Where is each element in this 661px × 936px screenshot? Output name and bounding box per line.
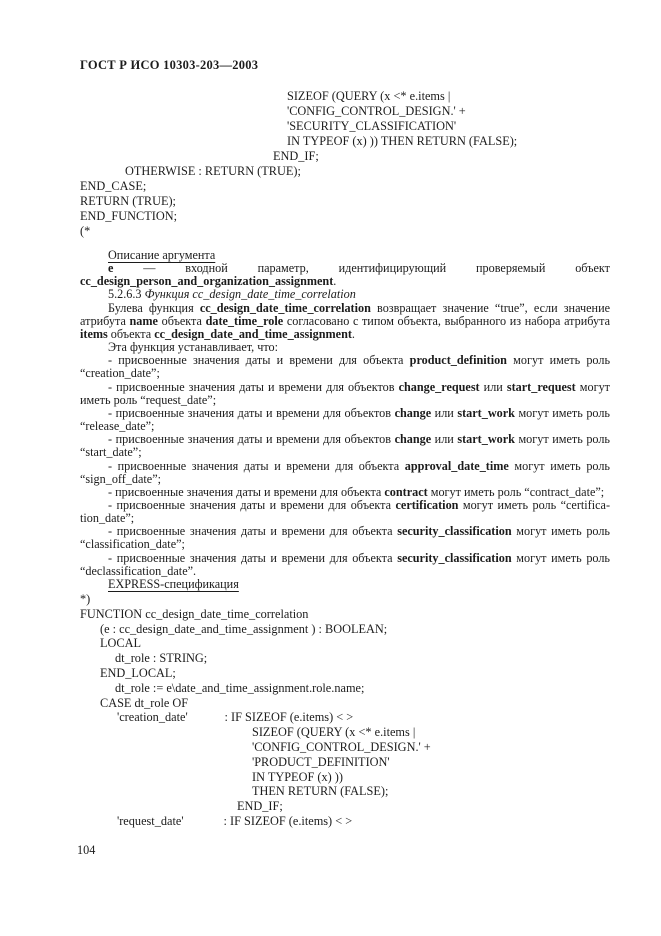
- text-segment: 5.2.6.3: [108, 287, 145, 301]
- code-block-bottom: *)FUNCTION cc_design_date_time_correlati…: [80, 592, 640, 829]
- code-line: IN TYPEOF (x) )) THEN RETURN (FALSE);: [80, 134, 640, 149]
- code-line: END_IF;: [80, 799, 640, 814]
- paragraph-function-description: Булева функция cc_design_date_time_corre…: [80, 302, 610, 341]
- text-segment: - присвоенные значения даты и времени дл…: [108, 524, 397, 538]
- text-segment: - присвоенные значения даты и времени дл…: [108, 459, 405, 473]
- code-line: 'PRODUCT_DEFINITION': [80, 755, 640, 770]
- bullet-change-release-date: - присвоенные значения даты и времени дл…: [80, 407, 610, 433]
- code-line: 'CONFIG_CONTROL_DESIGN.' +: [80, 740, 640, 755]
- code-line: (e : cc_design_date_and_time_assignment …: [80, 622, 640, 637]
- text-segment: cc_design_date_and_time_assignment: [154, 327, 352, 341]
- text-segment: start_work: [457, 406, 515, 420]
- text-segment: или: [431, 406, 457, 420]
- text-segment: contract: [384, 485, 427, 499]
- text-segment: name: [130, 314, 158, 328]
- code-line: END_IF;: [80, 149, 640, 164]
- code-block-top: SIZEOF (QUERY (x <* e.items |'CONFIG_CON…: [80, 89, 640, 239]
- text-segment: product_definition: [410, 353, 507, 367]
- paragraph-arg-description: е — входной параметр, идентифицирующий п…: [80, 262, 610, 288]
- code-line: dt_role := e\date_and_time_assignment.ro…: [80, 681, 640, 696]
- text-segment: items: [80, 327, 108, 341]
- body-text: Описание аргумента е — входной параметр,…: [80, 249, 610, 591]
- text-segment: - присвоенные значения даты и времени дл…: [108, 406, 395, 420]
- arg-description-heading-label: Описание аргумента: [108, 248, 215, 262]
- text-segment: change: [395, 432, 432, 446]
- text-segment: approval_date_time: [405, 459, 509, 473]
- bullet-security-declassification: - присвоенные значения даты и времени дл…: [80, 552, 610, 578]
- express-spec-heading-label: EXPRESS-спецификация: [108, 577, 239, 591]
- express-spec-heading: EXPRESS-спецификация: [80, 578, 610, 591]
- text-segment: - присвоенные значения даты и времени дл…: [108, 380, 399, 394]
- page-number: 104: [77, 843, 95, 858]
- code-line: 'CONFIG_CONTROL_DESIGN.' +: [80, 104, 640, 119]
- bullet-change-request: - присвоенные значения даты и времени дл…: [80, 381, 610, 407]
- text-segment: объекта: [158, 314, 206, 328]
- code-line: SIZEOF (QUERY (x <* e.items |: [80, 89, 640, 104]
- text-segment: .: [333, 274, 336, 288]
- text-segment: cc_design_person_and_organi­zation_assig…: [80, 274, 333, 288]
- text-segment: .: [352, 327, 355, 341]
- text-segment: - присвоенные значения даты и времени дл…: [108, 485, 384, 499]
- text-segment: - присвоенные значения даты и времени дл…: [108, 551, 397, 565]
- text-segment: start_work: [457, 432, 515, 446]
- code-line: END_FUNCTION;: [80, 209, 640, 224]
- bullet-certification: - присвоенные значения даты и времени дл…: [80, 499, 610, 525]
- code-line: (*: [80, 224, 640, 239]
- text-segment: cc_design_date_time_correlation: [200, 301, 371, 315]
- code-line: 'request_date' : IF SIZEOF (e.items) < >: [80, 814, 640, 829]
- bullet-security-classification: - присвоенные значения даты и времени дл…: [80, 525, 610, 551]
- text-segment: change: [395, 406, 432, 420]
- document-page: ГОСТ Р ИСО 10303-203—2003 SIZEOF (QUERY …: [0, 0, 661, 936]
- code-line: dt_role : STRING;: [80, 651, 640, 666]
- code-line: RETURN (TRUE);: [80, 194, 640, 209]
- text-segment: - присвоенные значения даты и времени дл…: [108, 432, 395, 446]
- text-segment: security_classification: [397, 551, 511, 565]
- text-segment: — входной параметр, идентифицирующий про…: [113, 261, 610, 275]
- text-segment: start_request: [507, 380, 576, 394]
- text-segment: - присвоенные значения даты и времени дл…: [108, 353, 410, 367]
- text-segment: security_classification: [397, 524, 511, 538]
- text-segment: Эта функция устанавливает, что:: [108, 340, 278, 354]
- code-line: END_CASE;: [80, 179, 640, 194]
- document-header: ГОСТ Р ИСО 10303-203—2003: [80, 58, 258, 73]
- code-line: CASE dt_role OF: [80, 696, 640, 711]
- text-segment: или: [480, 380, 507, 394]
- bullet-product-definition: - присвоенные значения даты и времени дл…: [80, 354, 610, 380]
- text-segment: объекта: [108, 327, 154, 341]
- text-segment: certification: [396, 498, 459, 512]
- text-segment: change_request: [399, 380, 480, 394]
- code-line: 'SECURITY_CLASSIFICATION': [80, 119, 640, 134]
- text-segment: или: [431, 432, 457, 446]
- text-segment: Булева функция: [108, 301, 200, 315]
- code-line: IN TYPEOF (x) )): [80, 770, 640, 785]
- text-segment: date_time_role: [206, 314, 284, 328]
- bullet-approval-date-time: - присвоенные значения даты и времени дл…: [80, 460, 610, 486]
- text-segment: Функция cc_design_date_time_correlation: [145, 287, 356, 301]
- bullet-change-start-date: - присвоенные значения даты и времени дл…: [80, 433, 610, 459]
- code-line: FUNCTION cc_design_date_time_correlation: [80, 607, 640, 622]
- text-segment: согласовано с типом объекта, выбранного …: [283, 314, 610, 328]
- code-line: LOCAL: [80, 636, 640, 651]
- code-line: OTHERWISE : RETURN (TRUE);: [80, 164, 640, 179]
- code-line: *): [80, 592, 640, 607]
- text-segment: - присвоенные значения даты и времени дл…: [108, 498, 396, 512]
- code-line: 'creation_date' : IF SIZEOF (e.items) < …: [80, 710, 640, 725]
- text-segment: могут иметь роль “contract_date”;: [428, 485, 604, 499]
- code-line: END_LOCAL;: [80, 666, 640, 681]
- code-line: THEN RETURN (FALSE);: [80, 784, 640, 799]
- code-line: SIZEOF (QUERY (x <* e.items |: [80, 725, 640, 740]
